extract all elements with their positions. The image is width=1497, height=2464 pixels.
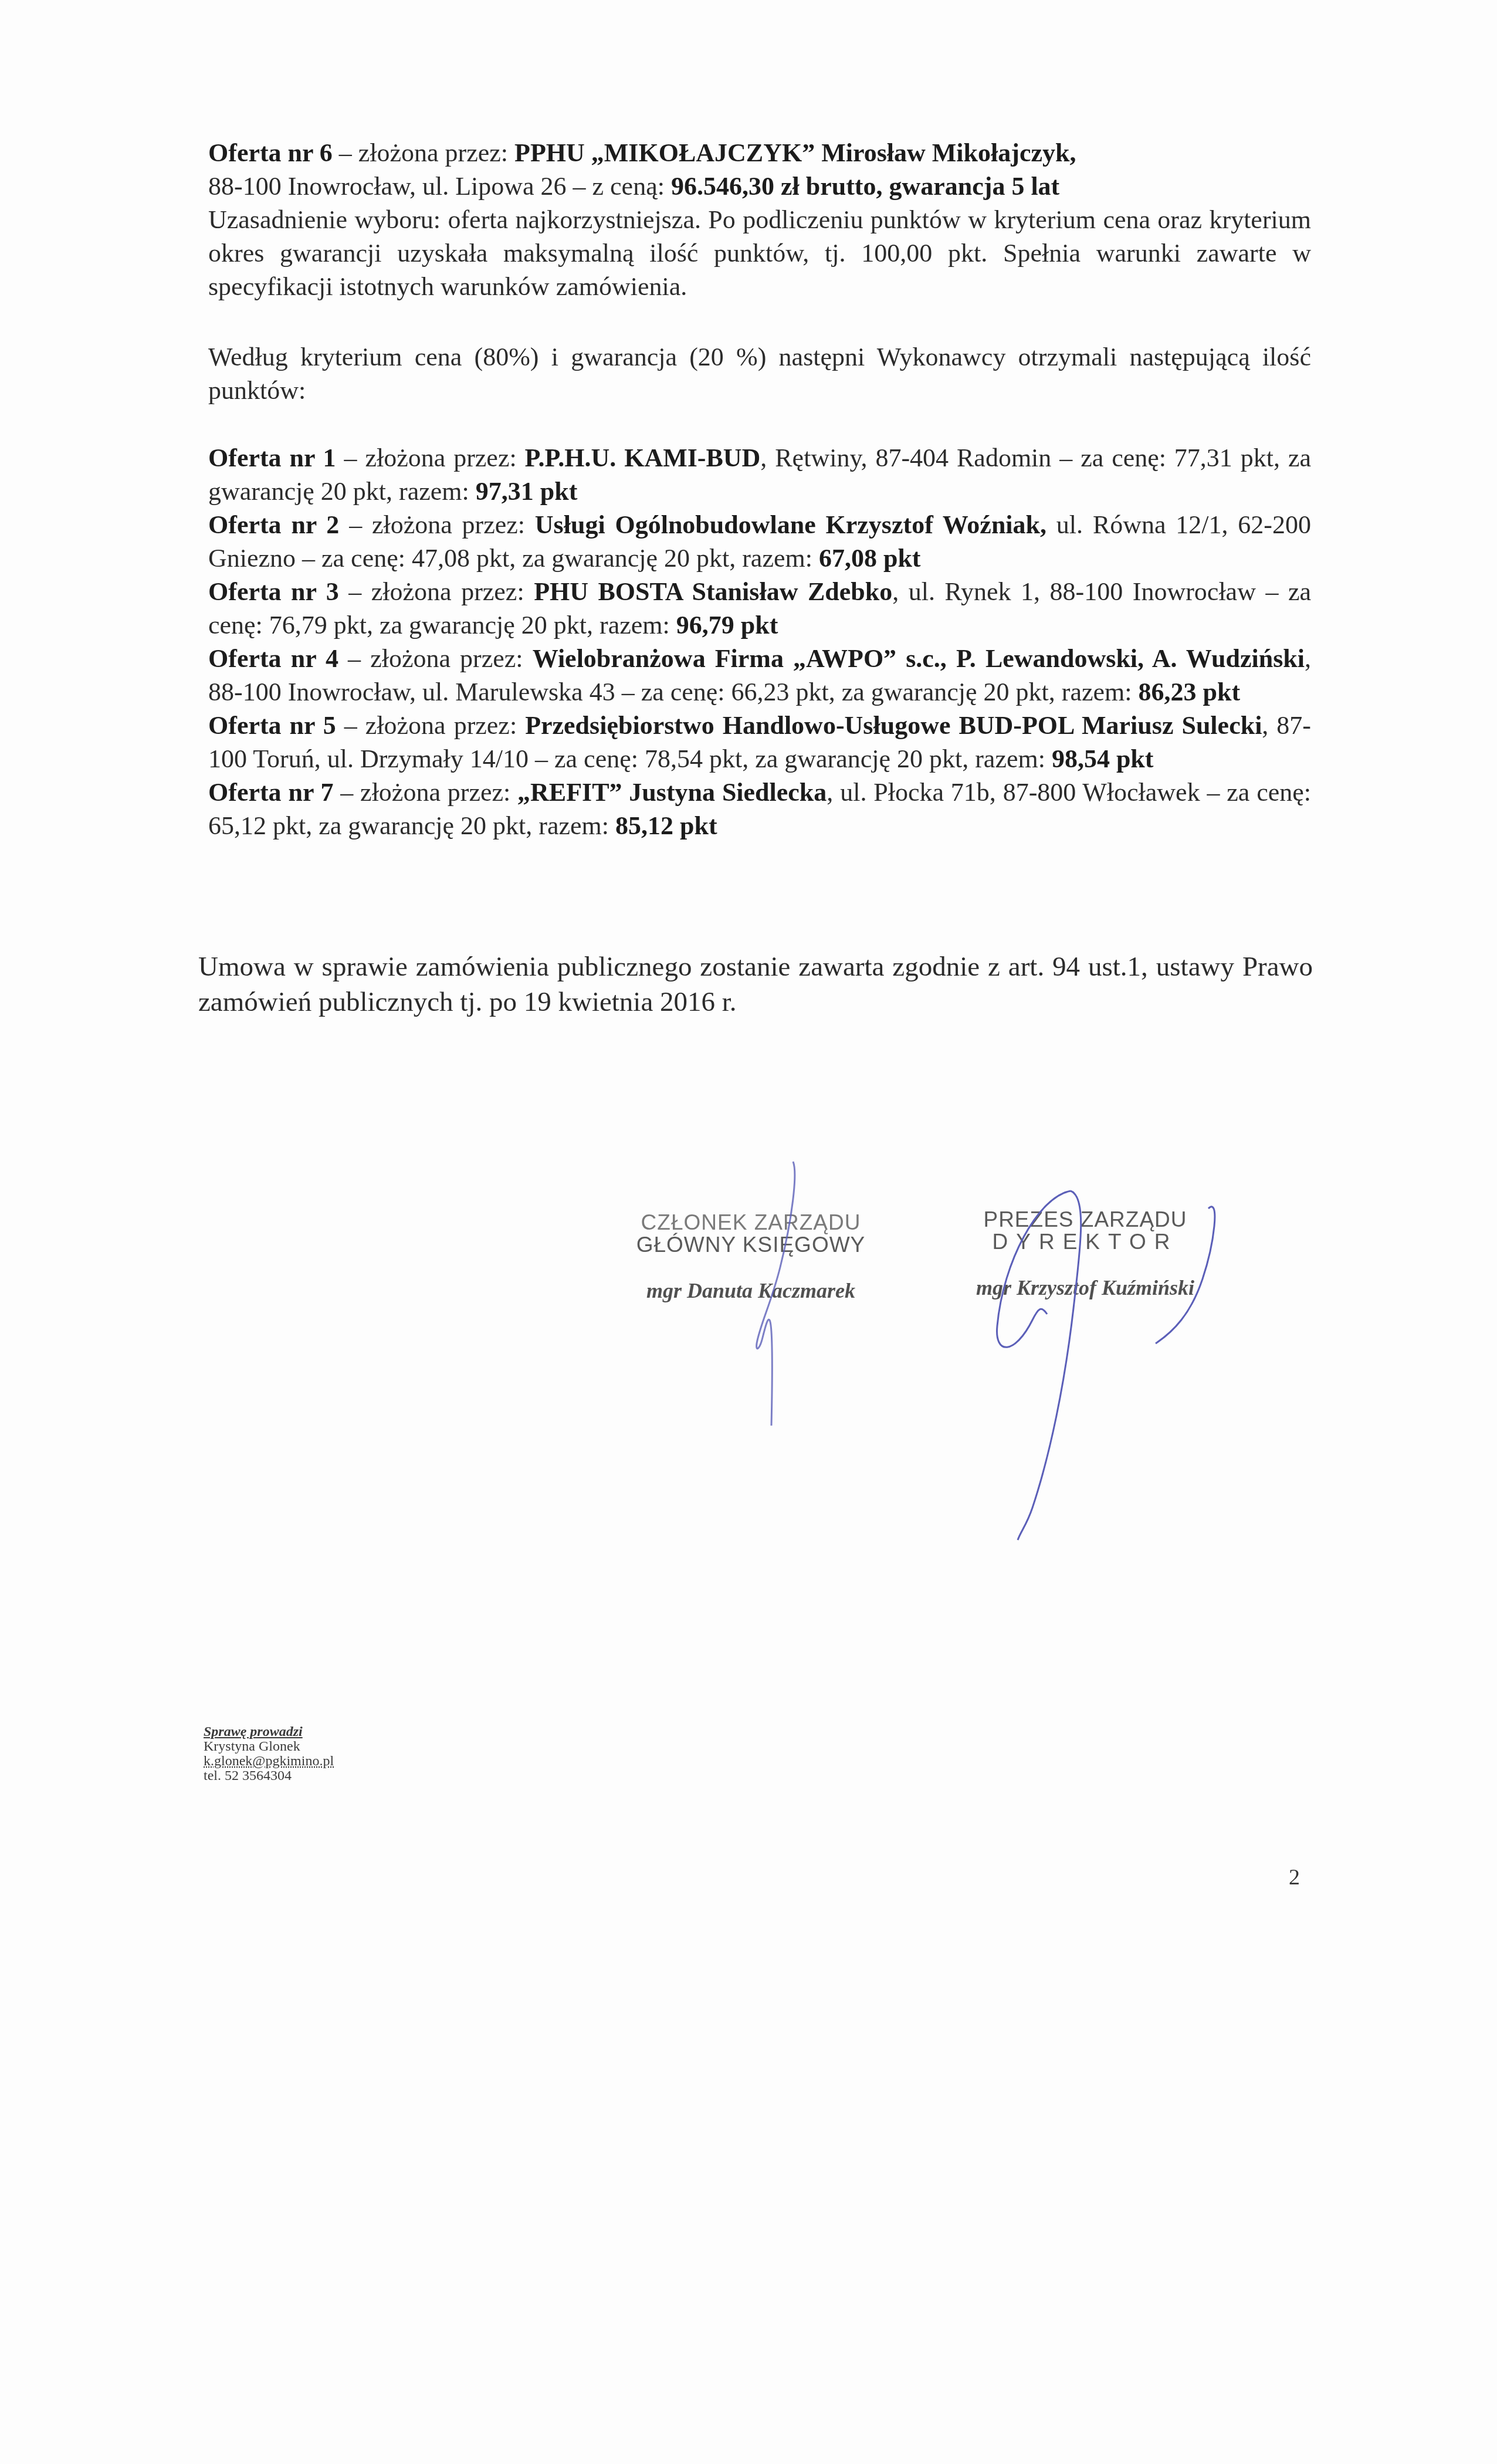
offer-item: Oferta nr 4 – złożona przez: Wielobranżo… (208, 642, 1311, 709)
offer6-justification: Uzasadnienie wyboru: oferta najkorzystni… (208, 203, 1311, 303)
offer-item: Oferta nr 1 – złożona przez: P.P.H.U. KA… (208, 441, 1311, 508)
offer6-address-line: 88-100 Inowrocław, ul. Lipowa 26 – z cen… (208, 170, 1311, 203)
contract-text: Umowa w sprawie zamówienia publicznego z… (198, 949, 1313, 1020)
offer-item: Oferta nr 5 – złożona przez: Przedsiębio… (208, 709, 1311, 776)
offer6-label: Oferta nr 6 (208, 138, 333, 167)
offer-item: Oferta nr 7 – złożona przez: „REFIT” Jus… (208, 776, 1311, 842)
offer6-company: PPHU „MIKOŁAJCZYK” Mirosław Mikołajczyk, (514, 138, 1076, 167)
offer-by: – złożona przez: (338, 644, 533, 673)
offer-company: Usługi Ogólnobudowlane Krzysztof Woźniak… (535, 510, 1046, 539)
stamp-right-line2: DYREKTOR (939, 1231, 1232, 1253)
offer-by: – złożona przez: (336, 444, 525, 472)
case-handler-name: Krystyna Glonek (204, 1739, 334, 1754)
offer-total: 96,79 pkt (676, 611, 778, 639)
case-handler-contact: Sprawę prowadzi Krystyna Glonek k.glonek… (204, 1725, 334, 1783)
offer-item: Oferta nr 3 – złożona przez: PHU BOSTA S… (208, 575, 1311, 642)
stamp-right-name: mgr Krzysztof Kuźmiński (939, 1275, 1232, 1300)
offer-total: 97,31 pkt (476, 477, 578, 506)
offer-company: P.P.H.U. KAMI-BUD (525, 444, 761, 472)
offer-total: 67,08 pkt (819, 544, 921, 573)
criteria-paragraph: Według kryterium cena (80%) i gwarancja … (208, 340, 1311, 407)
offer-label: Oferta nr 1 (208, 444, 336, 472)
offer-label: Oferta nr 2 (208, 510, 339, 539)
offer-total: 98,54 pkt (1052, 744, 1154, 773)
offer-by: – złożona przez: (339, 510, 534, 539)
offer-company: Wielobranżowa Firma „AWPO” s.c., P. Lewa… (533, 644, 1305, 673)
case-handler-title: Sprawę prowadzi (204, 1725, 334, 1739)
offer6-header: Oferta nr 6 – złożona przez: PPHU „MIKOŁ… (208, 136, 1311, 170)
offer6-by: – złożona przez: (333, 138, 514, 167)
offer-by: – złożona przez: (333, 778, 517, 807)
offer-label: Oferta nr 3 (208, 577, 339, 606)
document-page: Oferta nr 6 – złożona przez: PPHU „MIKOŁ… (0, 0, 1497, 2464)
stamp-left-name: mgr Danuta Kaczmarek (610, 1278, 892, 1303)
offer-company: PHU BOSTA Stanisław Zdebko (534, 577, 892, 606)
case-handler-email-link[interactable]: k.glonek@pgkimino.pl (204, 1754, 334, 1769)
stamp-left-line2: GŁÓWNY KSIĘGOWY (610, 1234, 892, 1256)
offer-label: Oferta nr 7 (208, 778, 333, 807)
stamp-president: PREZES ZARZĄDU DYREKTOR mgr Krzysztof Ku… (939, 1209, 1232, 1300)
offer-by: – złożona przez: (336, 711, 525, 740)
winning-offer-section: Oferta nr 6 – złożona przez: PPHU „MIKOŁ… (208, 136, 1311, 303)
offer-company: Przedsiębiorstwo Handlowo-Usługowe BUD-P… (525, 711, 1262, 740)
page-number: 2 (1289, 1864, 1300, 1890)
offer6-price: 96.546,30 zł brutto, gwarancja 5 lat (671, 172, 1059, 201)
stamp-chief-accountant: CZŁONEK ZARZĄDU GŁÓWNY KSIĘGOWY mgr Danu… (610, 1211, 892, 1303)
offer-item: Oferta nr 2 – złożona przez: Usługi Ogól… (208, 508, 1311, 575)
offer-total: 85,12 pkt (615, 811, 717, 840)
stamp-right-line1: PREZES ZARZĄDU (939, 1209, 1232, 1231)
stamp-left-line1: CZŁONEK ZARZĄDU (610, 1211, 892, 1234)
contract-paragraph: Umowa w sprawie zamówienia publicznego z… (198, 949, 1313, 1020)
offers-list: Oferta nr 1 – złożona przez: P.P.H.U. KA… (208, 441, 1311, 842)
offer6-address: 88-100 Inowrocław, ul. Lipowa 26 – z cen… (208, 172, 671, 201)
criteria-text: Według kryterium cena (80%) i gwarancja … (208, 340, 1311, 407)
offer-company: „REFIT” Justyna Siedlecka (517, 778, 827, 807)
case-handler-phone: tel. 52 3564304 (204, 1769, 334, 1783)
offer-label: Oferta nr 5 (208, 711, 336, 740)
offer-by: – złożona przez: (339, 577, 534, 606)
offer-label: Oferta nr 4 (208, 644, 338, 673)
offer-total: 86,23 pkt (1138, 678, 1240, 706)
